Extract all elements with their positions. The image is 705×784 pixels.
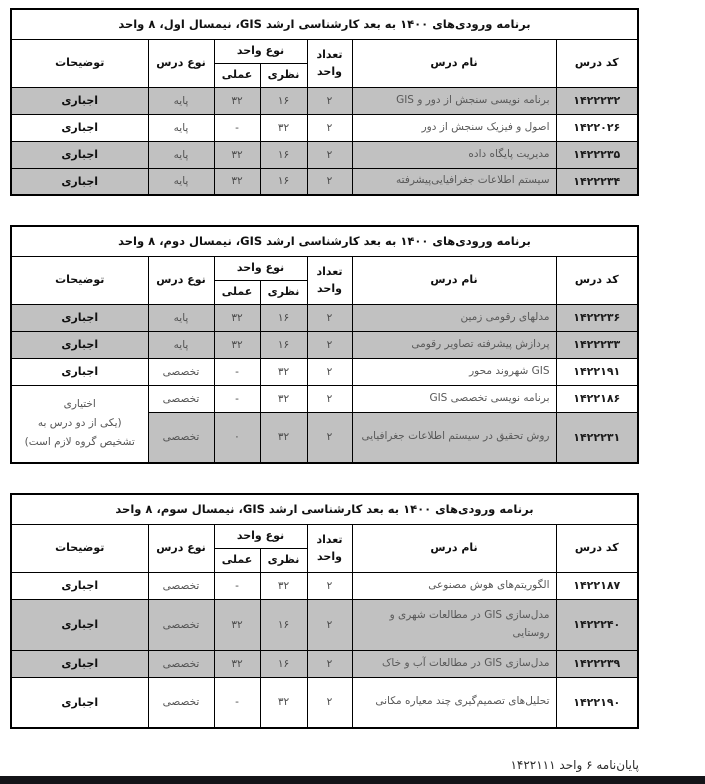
notes-cell: اجباری: [11, 304, 148, 331]
course-type-cell: پایه: [148, 331, 214, 358]
theory-cell: ۱۶: [260, 650, 307, 677]
units-cell: ۲: [307, 168, 352, 195]
course-name-cell: روش تحقیق در سیستم اطلاعات جغرافیایی: [352, 412, 556, 463]
col-header-theory: نظری: [260, 548, 307, 572]
notes-cell: اجباری: [11, 87, 148, 114]
semester-2-table: برنامه ورودی‌های ۱۴۰۰ به بعد کارشناسی ار…: [10, 225, 639, 464]
course-type-cell: پایه: [148, 141, 214, 168]
col-header-notes: توضیحات: [11, 39, 148, 87]
practical-cell: -: [214, 114, 260, 141]
col-header-notes: توضیحات: [11, 256, 148, 304]
semester-1-table: برنامه ورودی‌های ۱۴۰۰ به بعد کارشناسی ار…: [10, 8, 639, 196]
course-type-cell: پایه: [148, 168, 214, 195]
theory-cell: ۳۲: [260, 385, 307, 412]
notes-cell: اجباری: [11, 358, 148, 385]
course-name-cell: الگوریتم‌های هوش مصنوعی: [352, 572, 556, 599]
units-cell: ۲: [307, 141, 352, 168]
practical-cell: ۳۲: [214, 599, 260, 650]
table-title: برنامه ورودی‌های ۱۴۰۰ به بعد کارشناسی ار…: [11, 494, 638, 524]
practical-cell: ۳۲: [214, 168, 260, 195]
col-header-course-name: نام درس: [352, 39, 556, 87]
col-header-course-name: نام درس: [352, 256, 556, 304]
course-code-cell: ۱۴۲۲۲۳۹: [556, 650, 638, 677]
course-name-cell: برنامه نویسی تخصصی GIS: [352, 385, 556, 412]
units-cell: ۲: [307, 358, 352, 385]
col-header-course-code: کد درس: [556, 256, 638, 304]
theory-cell: ۱۶: [260, 141, 307, 168]
col-header-practical: عملی: [214, 280, 260, 304]
col-header-notes: توضیحات: [11, 524, 148, 572]
notes-cell: اجباری: [11, 168, 148, 195]
course-row: ۱۴۲۲۱۸۷ الگوریتم‌های هوش مصنوعی ۲ ۳۲ - ت…: [11, 572, 638, 599]
course-code-cell: ۱۴۲۲۲۳۱: [556, 412, 638, 463]
course-type-cell: پایه: [148, 87, 214, 114]
notes-cell: اجباری: [11, 141, 148, 168]
col-header-unit-type: نوع واحد: [214, 39, 307, 63]
course-type-cell: تخصصی: [148, 599, 214, 650]
course-name-cell: GIS شهروند محور: [352, 358, 556, 385]
course-row: ۱۴۲۲۲۳۳ پردازش پیشرفته تصاویر رقومی ۲ ۱۶…: [11, 331, 638, 358]
course-name-cell: برنامه نویسی سنجش از دور و GIS: [352, 87, 556, 114]
course-type-cell: پایه: [148, 114, 214, 141]
practical-cell: ۰: [214, 412, 260, 463]
practical-cell: ۳۲: [214, 141, 260, 168]
col-header-course-type: نوع درس: [148, 256, 214, 304]
units-cell: ۲: [307, 412, 352, 463]
course-code-cell: ۱۴۲۲۲۴۰: [556, 599, 638, 650]
course-code-cell: ۱۴۲۲۱۸۷: [556, 572, 638, 599]
semester-3-table: برنامه ورودی‌های ۱۴۰۰ به بعد کارشناسی ار…: [10, 493, 639, 729]
course-row: ۱۴۲۲۲۳۴ سیستم اطلاعات جغرافیایی‌پیشرفته …: [11, 168, 638, 195]
course-type-cell: تخصصی: [148, 572, 214, 599]
theory-cell: ۱۶: [260, 599, 307, 650]
practical-cell: -: [214, 358, 260, 385]
col-header-units-count: تعداد واحد: [307, 524, 352, 572]
merged-notes-cell: اختیاری (یکی از دو درس به تشخیص گروه لاز…: [11, 385, 148, 463]
course-row: ۱۴۲۲۱۸۶ برنامه نویسی تخصصی GIS ۲ ۳۲ - تخ…: [11, 385, 638, 412]
course-code-cell: ۱۴۲۲۱۹۱: [556, 358, 638, 385]
practical-cell: ۳۲: [214, 650, 260, 677]
theory-cell: ۱۶: [260, 304, 307, 331]
course-code-cell: ۱۴۲۲۲۳۳: [556, 331, 638, 358]
course-code-cell: ۱۴۲۲۱۹۰: [556, 677, 638, 728]
course-row: ۱۴۲۲۲۳۹ مدل‌سازی GIS در مطالعات آب و خاک…: [11, 650, 638, 677]
thesis-footer-note: پایان‌نامه ۶ واحد ۱۴۲۲۱۱۱: [12, 758, 639, 772]
notes-cell: اجباری: [11, 572, 148, 599]
practical-cell: ۳۲: [214, 331, 260, 358]
col-header-unit-type: نوع واحد: [214, 524, 307, 548]
units-cell: ۲: [307, 385, 352, 412]
theory-cell: ۱۶: [260, 168, 307, 195]
course-type-cell: پایه: [148, 304, 214, 331]
notes-cell: اجباری: [11, 114, 148, 141]
course-name-cell: تحلیل‌های تصمیم‌گیری چند معیاره مکانی: [352, 677, 556, 728]
col-header-course-code: کد درس: [556, 39, 638, 87]
notes-cell: اجباری: [11, 599, 148, 650]
units-cell: ۲: [307, 331, 352, 358]
units-cell: ۲: [307, 114, 352, 141]
theory-cell: ۳۲: [260, 677, 307, 728]
col-header-practical: عملی: [214, 63, 260, 87]
theory-cell: ۳۲: [260, 412, 307, 463]
course-type-cell: تخصصی: [148, 385, 214, 412]
course-code-cell: ۱۴۲۲۱۸۶: [556, 385, 638, 412]
table-title-row: برنامه ورودی‌های ۱۴۰۰ به بعد کارشناسی ار…: [11, 226, 638, 256]
practical-cell: -: [214, 385, 260, 412]
units-cell: ۲: [307, 304, 352, 331]
units-cell: ۲: [307, 572, 352, 599]
practical-cell: -: [214, 572, 260, 599]
theory-cell: ۳۲: [260, 358, 307, 385]
col-header-course-type: نوع درس: [148, 39, 214, 87]
col-header-practical: عملی: [214, 548, 260, 572]
col-header-units-count: تعداد واحد: [307, 39, 352, 87]
col-header-theory: نظری: [260, 280, 307, 304]
course-type-cell: تخصصی: [148, 412, 214, 463]
course-row: ۱۴۲۲۲۳۵ مدیریت پایگاه داده ۲ ۱۶ ۳۲ پایه …: [11, 141, 638, 168]
units-cell: ۲: [307, 650, 352, 677]
theory-cell: ۱۶: [260, 87, 307, 114]
course-row: ۱۴۲۲۲۳۲ برنامه نویسی سنجش از دور و GIS ۲…: [11, 87, 638, 114]
col-header-course-name: نام درس: [352, 524, 556, 572]
course-row: ۱۴۲۲۲۴۰ مدل‌سازی GIS در مطالعات شهری و ر…: [11, 599, 638, 650]
course-name-cell: مدل‌سازی GIS در مطالعات آب و خاک: [352, 650, 556, 677]
course-name-cell: مدیریت پایگاه داده: [352, 141, 556, 168]
practical-cell: ۳۲: [214, 87, 260, 114]
col-header-course-type: نوع درس: [148, 524, 214, 572]
table-header-row-1: کد درس نام درس تعداد واحد نوع واحد نوع د…: [11, 524, 638, 548]
theory-cell: ۱۶: [260, 331, 307, 358]
course-name-cell: مدلهای رقومی زمین: [352, 304, 556, 331]
table-title-row: برنامه ورودی‌های ۱۴۰۰ به بعد کارشناسی ار…: [11, 9, 638, 39]
theory-cell: ۳۲: [260, 572, 307, 599]
table-title: برنامه ورودی‌های ۱۴۰۰ به بعد کارشناسی ار…: [11, 9, 638, 39]
col-header-theory: نظری: [260, 63, 307, 87]
document-page: برنامه ورودی‌های ۱۴۰۰ به بعد کارشناسی ار…: [0, 0, 705, 784]
course-code-cell: ۱۴۲۲۲۳۲: [556, 87, 638, 114]
units-cell: ۲: [307, 677, 352, 728]
course-name-cell: اصول و فیزیک سنجش از دور: [352, 114, 556, 141]
units-cell: ۲: [307, 599, 352, 650]
course-row: ۱۴۲۲۲۳۶ مدلهای رقومی زمین ۲ ۱۶ ۳۲ پایه ا…: [11, 304, 638, 331]
course-type-cell: تخصصی: [148, 650, 214, 677]
practical-cell: -: [214, 677, 260, 728]
table-header-row-1: کد درس نام درس تعداد واحد نوع واحد نوع د…: [11, 256, 638, 280]
course-name-cell: سیستم اطلاعات جغرافیایی‌پیشرفته: [352, 168, 556, 195]
practical-cell: ۳۲: [214, 304, 260, 331]
table-header-row-1: کد درس نام درس تعداد واحد نوع واحد نوع د…: [11, 39, 638, 63]
table-title: برنامه ورودی‌های ۱۴۰۰ به بعد کارشناسی ار…: [11, 226, 638, 256]
course-name-cell: پردازش پیشرفته تصاویر رقومی: [352, 331, 556, 358]
units-cell: ۲: [307, 87, 352, 114]
course-row: ۱۴۲۲۱۹۱ GIS شهروند محور ۲ ۳۲ - تخصصی اجب…: [11, 358, 638, 385]
course-code-cell: ۱۴۲۲۲۳۶: [556, 304, 638, 331]
table-title-row: برنامه ورودی‌های ۱۴۰۰ به بعد کارشناسی ار…: [11, 494, 638, 524]
course-type-cell: تخصصی: [148, 358, 214, 385]
theory-cell: ۳۲: [260, 114, 307, 141]
course-code-cell: ۱۴۲۲۲۳۵: [556, 141, 638, 168]
notes-cell: اجباری: [11, 650, 148, 677]
course-name-cell: مدل‌سازی GIS در مطالعات شهری و روستایی: [352, 599, 556, 650]
notes-cell: اجباری: [11, 331, 148, 358]
course-code-cell: ۱۴۲۲۰۲۶: [556, 114, 638, 141]
col-header-course-code: کد درس: [556, 524, 638, 572]
course-row: ۱۴۲۲۰۲۶ اصول و فیزیک سنجش از دور ۲ ۳۲ - …: [11, 114, 638, 141]
course-code-cell: ۱۴۲۲۲۳۴: [556, 168, 638, 195]
bottom-edge-bar: [0, 776, 705, 784]
notes-cell: اجباری: [11, 677, 148, 728]
course-program-document: برنامه ورودی‌های ۱۴۰۰ به بعد کارشناسی ار…: [12, 8, 639, 772]
col-header-units-count: تعداد واحد: [307, 256, 352, 304]
col-header-unit-type: نوع واحد: [214, 256, 307, 280]
course-row: ۱۴۲۲۱۹۰ تحلیل‌های تصمیم‌گیری چند معیاره …: [11, 677, 638, 728]
course-type-cell: تخصصی: [148, 677, 214, 728]
